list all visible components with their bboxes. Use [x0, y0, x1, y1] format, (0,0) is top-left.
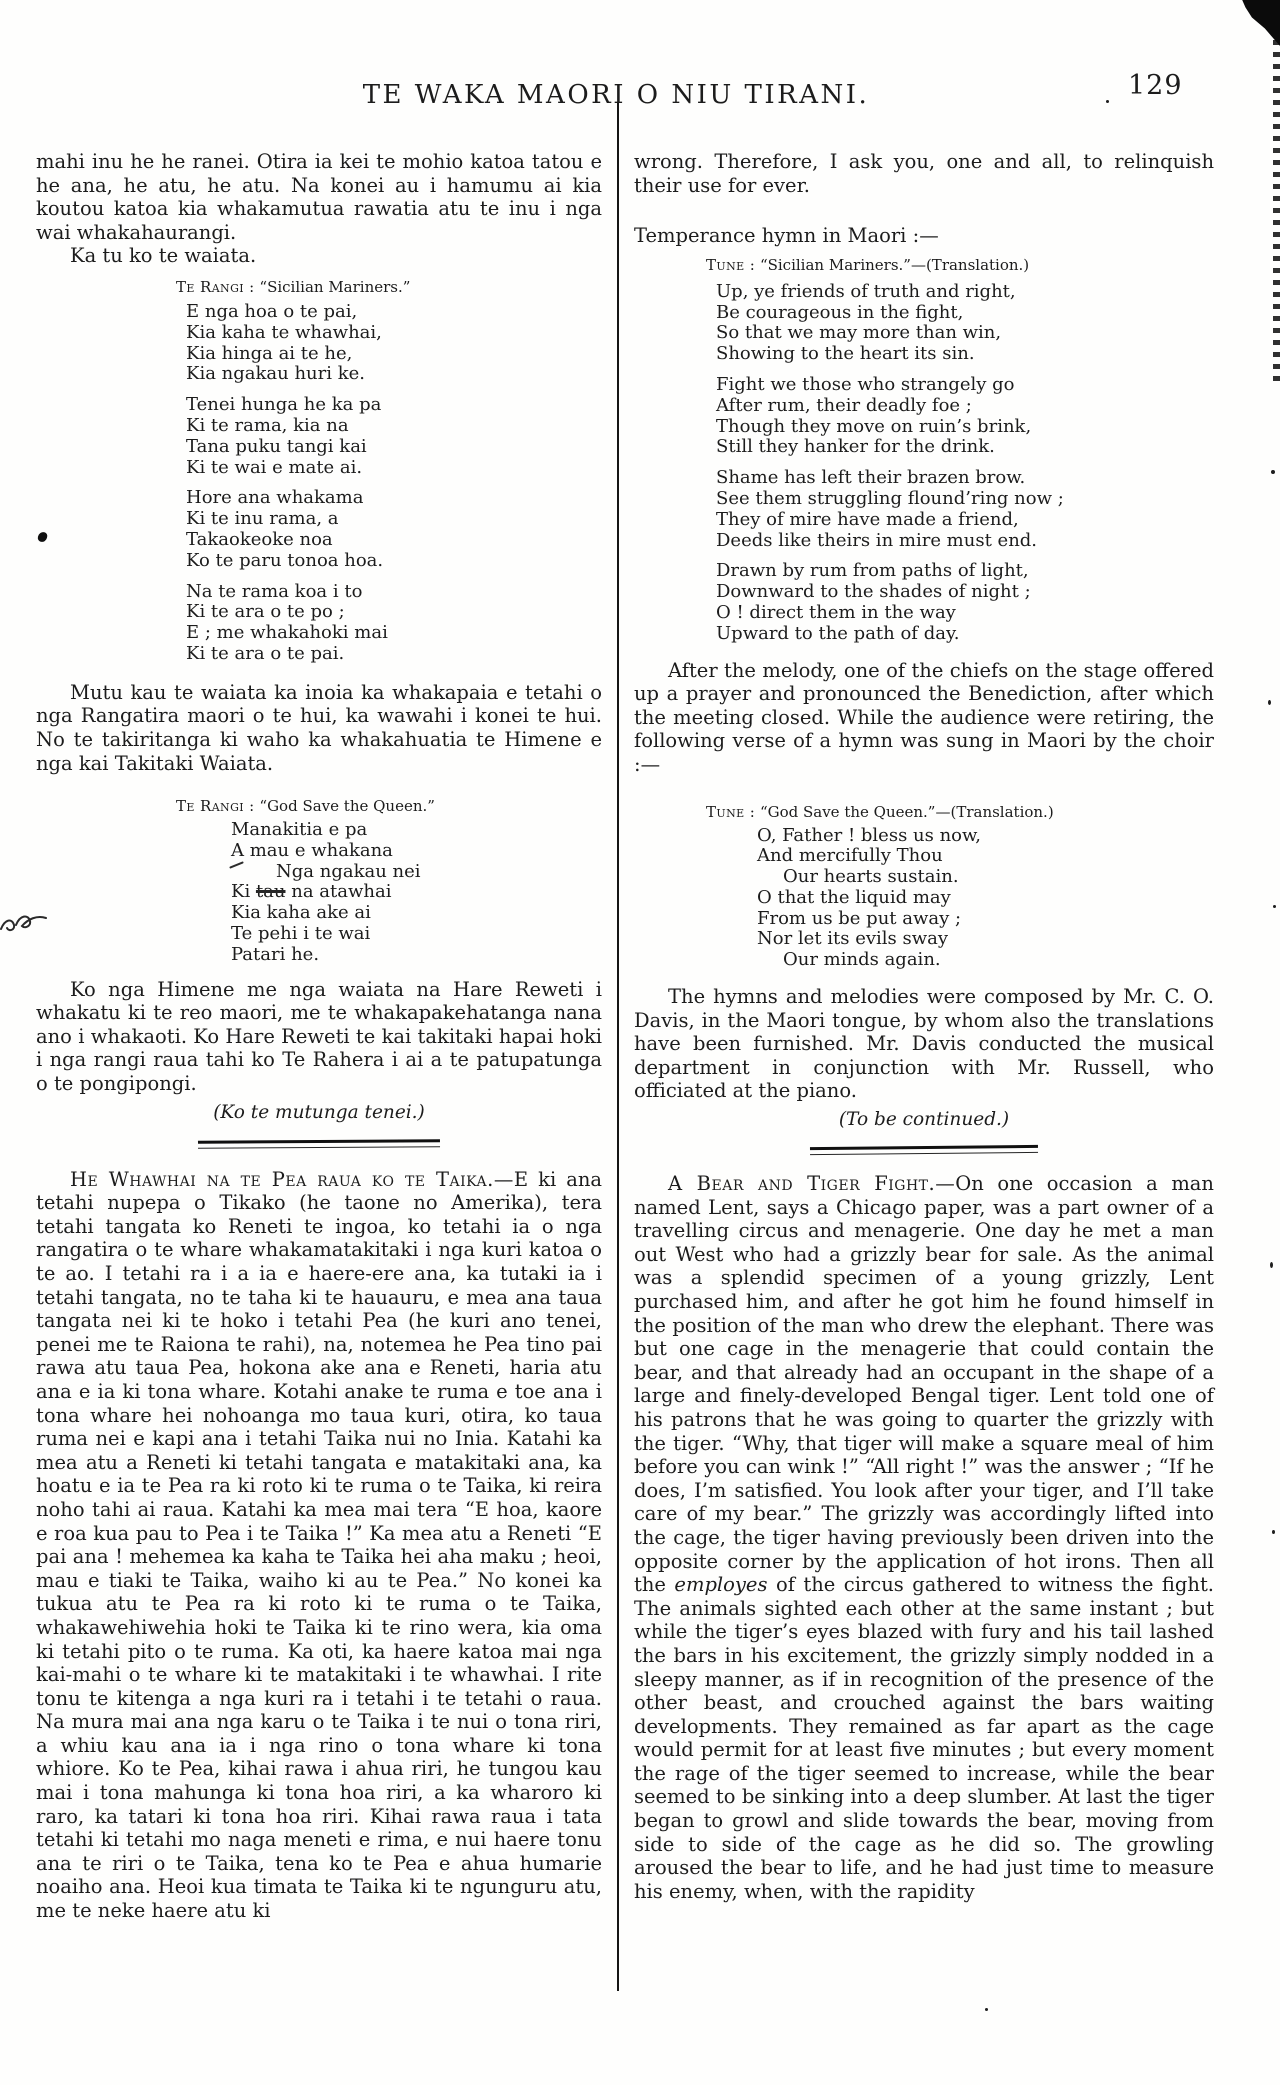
- hymn-line: They of mire have made a friend,: [716, 510, 1214, 531]
- hymn-line: Upward to the path of day.: [716, 624, 1214, 645]
- hymn-tune-heading: Te Rangi : “God Save the Queen.”: [176, 797, 602, 815]
- to-be-continued-note: (To be continued.): [634, 1109, 1214, 1131]
- scan-artifact-corner: [1226, 0, 1280, 46]
- hymn-line: Kia ngakau huri ke.: [186, 364, 602, 385]
- tune-label: Te Rangi :: [176, 278, 255, 296]
- hymn-line: Our hearts sustain.: [757, 867, 1214, 888]
- newspaper-page: TE WAKA MAORI O NIU TIRANI. 129 mahi inu…: [0, 0, 1280, 2085]
- scan-speck: [1272, 1530, 1275, 1534]
- hymn-stanza: Na te rama koa i toKi te ara o te po ;E …: [186, 582, 602, 665]
- maori-article-paragraph: He Whawhai na te Pea raua ko te Taika.—E…: [36, 1168, 602, 1923]
- tune-title: “God Save the Queen.”—(Translation.): [760, 803, 1054, 821]
- scan-speck: [985, 2008, 988, 2011]
- hymn-line: Hore ana whakama: [186, 488, 602, 509]
- hymn-tune-heading: Tune : “God Save the Queen.”—(Translatio…: [706, 803, 1214, 821]
- hymn-line: E ; me whakahoki mai: [186, 623, 602, 644]
- hymn-line: O that the liquid may: [757, 888, 1214, 909]
- hymn-line: Ki te wai e mate ai.: [186, 458, 602, 479]
- english-continuation-paragraph: wrong. Therefore, I ask you, one and all…: [634, 150, 1214, 197]
- hymn-line: A mau e whakana: [231, 841, 602, 862]
- hymn-line: Ki te rama, kia na: [186, 416, 602, 437]
- tune-label: Tune :: [706, 803, 755, 821]
- hymn-line: Kia hinga ai te he,: [186, 344, 602, 365]
- hymn-line: Ki tau na atawhai: [231, 882, 602, 903]
- scan-speck: [1106, 100, 1109, 103]
- section-divider-rule: [810, 1145, 1038, 1155]
- hymn-line: Tana puku tangi kai: [186, 437, 602, 458]
- hymn-line: Downward to the shades of night ;: [716, 582, 1214, 603]
- english-hymn-stanzas: Up, ye friends of truth and right,Be cou…: [716, 282, 1214, 645]
- hymn-line: So that we may more than win,: [716, 323, 1214, 344]
- hymn-stanza: Up, ye friends of truth and right,Be cou…: [716, 282, 1214, 365]
- hymn-line: Deeds like theirs in mire must end.: [716, 531, 1214, 552]
- hymn-line: And mercifully Thou: [757, 846, 1214, 867]
- hymn-line: See them struggling flound’ring now ;: [716, 489, 1214, 510]
- english-hymn-verse: O, Father ! bless us now,And mercifully …: [757, 826, 1214, 972]
- handwritten-strikethrough-word: tau: [256, 881, 286, 902]
- hymn-line: Up, ye friends of truth and right,: [716, 282, 1214, 303]
- hymn-line: E nga hoa o te pai,: [186, 302, 602, 323]
- hymn-line: Drawn by rum from paths of light,: [716, 561, 1214, 582]
- hymn-line: Ki te ara o te pai.: [186, 644, 602, 665]
- maori-hymn-stanzas: E nga hoa o te pai,Kia kaha te whawhai,K…: [186, 302, 602, 665]
- left-column: mahi inu he he ranei. Otira ia kei te mo…: [36, 150, 602, 1923]
- scan-speck: [1271, 470, 1275, 474]
- scan-speck: [1268, 700, 1271, 705]
- column-divider-rule: [617, 103, 619, 1991]
- section-divider-rule: [198, 1139, 440, 1148]
- article-body: E ki ana tetahi nupepa o Tikako (he taon…: [36, 1168, 602, 1922]
- hymn-stanza: Tenei hunga he ka paKi te rama, kia naTa…: [186, 395, 602, 478]
- hymn-line: Shame has left their brazen brow.: [716, 468, 1214, 489]
- after-melody-paragraph: After the melody, one of the chiefs on t…: [634, 659, 1214, 777]
- hymn-line: After rum, their deadly foe ;: [716, 396, 1214, 417]
- hymn-tune-heading: Tune : “Sicilian Mariners.”—(Translation…: [706, 256, 1214, 274]
- hymn-line: Kia kaha te whawhai,: [186, 323, 602, 344]
- hymn-stanza: Fight we those who strangely goAfter rum…: [716, 375, 1214, 458]
- tune-title: “Sicilian Mariners.”—(Translation.): [760, 256, 1029, 274]
- hymns-credit-paragraph: The hymns and melodies were composed by …: [634, 985, 1214, 1103]
- handwritten-margin-mark: [0, 905, 48, 941]
- article-heading: He Whawhai na te Pea raua ko te Taika.—: [70, 1168, 514, 1191]
- hymn-line: Manakitia e pa: [231, 820, 602, 841]
- hymn-tune-heading: Te Rangi : “Sicilian Mariners.”: [176, 278, 602, 296]
- maori-ka-tu-line: Ka tu ko te waiata.: [36, 244, 602, 268]
- hymn-line: Though they move on ruin’s brink,: [716, 417, 1214, 438]
- hymn-line: Patari he.: [231, 945, 602, 966]
- hymn-line: O, Father ! bless us now,: [757, 826, 1214, 847]
- scan-speck: [1270, 1262, 1273, 1268]
- scan-speck: [1273, 905, 1276, 908]
- page-number: 129: [1128, 70, 1183, 101]
- hymn-line: Still they hanker for the drink.: [716, 437, 1214, 458]
- hymn-line: Ki te inu rama, a: [186, 509, 602, 530]
- article-heading: A Bear and Tiger Fight.—: [668, 1172, 955, 1195]
- maori-paragraph-ko-nga: Ko nga Himene me nga waiata na Hare Rewe…: [36, 978, 602, 1096]
- maori-paragraph-mutu: Mutu kau te waiata ka inoia ka whakapaia…: [36, 681, 602, 775]
- bear-tiger-article-paragraph: A Bear and Tiger Fight.—On one occasion …: [634, 1172, 1214, 1903]
- hymn-line: From us be put away ;: [757, 909, 1214, 930]
- tune-title: “Sicilian Mariners.”: [259, 278, 410, 296]
- hymn-line: Tenei hunga he ka pa: [186, 395, 602, 416]
- hymn-line: Ko te paru tonoa hoa.: [186, 551, 602, 572]
- temperance-hymn-intro: Temperance hymn in Maori :—: [634, 224, 1214, 248]
- hymn-line: Be courageous in the fight,: [716, 303, 1214, 324]
- hymn-stanza: Hore ana whakamaKi te inu rama, aTakaoke…: [186, 488, 602, 571]
- hymn-line: Te pehi i te wai: [231, 924, 602, 945]
- tune-title: “God Save the Queen.”: [259, 797, 435, 815]
- hymn-line: Kia kaha ake ai: [231, 903, 602, 924]
- hymn-line: Takaokeoke noa: [186, 530, 602, 551]
- maori-continuation-paragraph: mahi inu he he ranei. Otira ia kei te mo…: [36, 150, 602, 244]
- tune-label: Tune :: [706, 256, 755, 274]
- right-column: wrong. Therefore, I ask you, one and all…: [634, 150, 1214, 1903]
- hymn-line: Our minds again.: [757, 950, 1214, 971]
- hymn-line: Nga ngakau nei: [231, 862, 602, 883]
- tune-label: Te Rangi :: [176, 797, 255, 815]
- end-note: (Ko te mutunga tenei.): [36, 1102, 602, 1124]
- hymn-line: Fight we those who strangely go: [716, 375, 1214, 396]
- article-body: On one occasion a man named Lent, says a…: [634, 1172, 1214, 1903]
- maori-hymn-verse: Manakitia e paA mau e whakanaNga ngakau …: [231, 820, 602, 966]
- hymn-line: Showing to the heart its sin.: [716, 344, 1214, 365]
- hymn-line: O ! direct them in the way: [716, 603, 1214, 624]
- hymn-line: Na te rama koa i to: [186, 582, 602, 603]
- hymn-stanza: E nga hoa o te pai,Kia kaha te whawhai,K…: [186, 302, 602, 385]
- scan-artifact-edge-streak: [1273, 28, 1280, 388]
- page-title: TE WAKA MAORI O NIU TIRANI.: [0, 80, 1232, 110]
- hymn-line: Ki te ara o te po ;: [186, 602, 602, 623]
- hymn-stanza: Drawn by rum from paths of light,Downwar…: [716, 561, 1214, 644]
- hymn-stanza: Shame has left their brazen brow.See the…: [716, 468, 1214, 551]
- hymn-line: Nor let its evils sway: [757, 929, 1214, 950]
